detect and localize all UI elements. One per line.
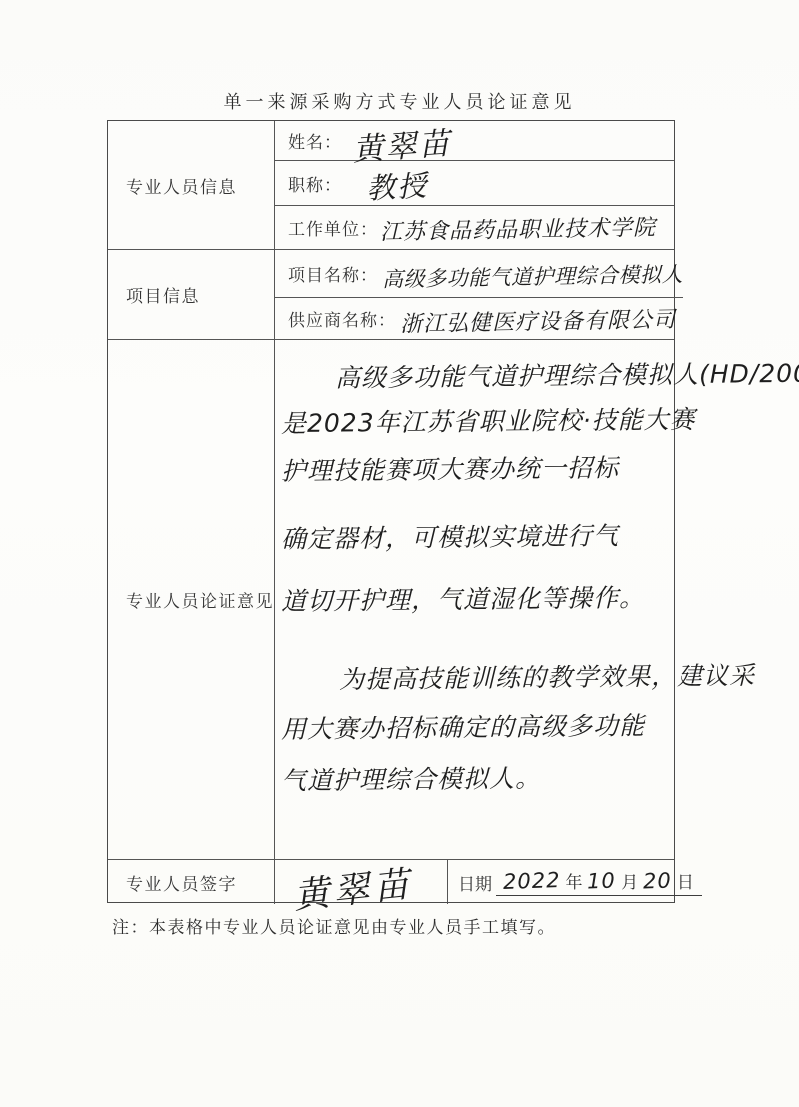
name-field-row: 姓名： 黄翠苗: [275, 121, 674, 160]
opinion-line: 用大赛办招标确定的高级多功能: [281, 706, 645, 746]
project-info-fields: 项目名称： 高级多功能气道护理综合模拟人 供应商名称： 浙江弘健医疗设备有限公司: [275, 250, 683, 339]
name-label: 姓名：: [288, 128, 342, 153]
opinion-line: 是2023年江苏省职业院校·技能大赛: [281, 400, 696, 440]
name-handwritten-value: 黄翠苗: [351, 118, 453, 170]
title-field-row: 职称： 教授: [275, 160, 674, 205]
signature-cell: 黄翠苗: [275, 860, 448, 904]
opinion-line: 道切开护理，气道湿化等操作。: [281, 578, 645, 618]
date-cell: 日期 2022 年 10 月 20 日: [448, 860, 702, 904]
date-year-handwritten: 2022: [503, 868, 561, 894]
opinion-line: 护理技能赛项大赛办统一招标: [281, 448, 619, 488]
project-info-section-label: 项目信息: [108, 250, 275, 339]
date-label: 日期: [458, 870, 492, 895]
opinion-line: 为提高技能训练的教学效果，建议采: [339, 656, 755, 696]
signature-section-label: 专业人员签字: [108, 860, 275, 904]
date-month-suffix: 月: [621, 868, 638, 893]
supplier-label: 供应商名称：: [288, 306, 396, 331]
personnel-info-fields: 姓名： 黄翠苗 职称： 教授 工作单位： 江苏食品药品职业技术学院: [275, 121, 674, 249]
supplier-handwritten-value: 浙江弘健医疗设备有限公司: [400, 303, 677, 339]
title-handwritten-value: 教授: [365, 163, 429, 207]
unit-field-row: 工作单位： 江苏食品药品职业技术学院: [275, 205, 674, 249]
unit-label: 工作单位：: [288, 215, 378, 240]
footnote: 注：本表格中专业人员论证意见由专业人员手工填写。: [112, 913, 556, 938]
opinion-line: 高级多功能气道护理综合模拟人(HD/2005): [335, 353, 799, 394]
date-value-group: 2022 年 10 月 20 日: [496, 868, 702, 896]
project-name-label: 项目名称：: [288, 261, 378, 286]
opinion-form-table: 专业人员信息 姓名： 黄翠苗 职称： 教授 工作单位： 江苏食品药品职业技术学院…: [107, 120, 675, 903]
unit-handwritten-value: 江苏食品药品职业技术学院: [380, 211, 657, 247]
personnel-info-section-label: 专业人员信息: [108, 121, 275, 249]
date-month-handwritten: 10: [587, 869, 617, 894]
project-name-field-row: 项目名称： 高级多功能气道护理综合模拟人: [275, 250, 683, 297]
project-info-section: 项目信息 项目名称： 高级多功能气道护理综合模拟人 供应商名称： 浙江弘健医疗设…: [108, 249, 674, 339]
date-day-handwritten: 20: [643, 869, 673, 894]
supplier-field-row: 供应商名称： 浙江弘健医疗设备有限公司: [275, 297, 683, 339]
title-label: 职称：: [288, 171, 342, 196]
opinion-section: 专业人员论证意见 高级多功能气道护理综合模拟人(HD/2005) 是2023年江…: [108, 339, 674, 859]
opinion-line: 确定器材，可模拟实境进行气: [281, 516, 619, 556]
date-year-suffix: 年: [565, 868, 582, 893]
date-day-suffix: 日: [677, 868, 694, 893]
signature-section: 专业人员签字 黄翠苗 日期 2022 年 10 月 20 日: [108, 859, 674, 904]
opinion-handwritten-text: 高级多功能气道护理综合模拟人(HD/2005) 是2023年江苏省职业院校·技能…: [275, 340, 674, 859]
project-name-handwritten-value: 高级多功能气道护理综合模拟人: [382, 258, 683, 293]
signature-handwritten-value: 黄翠苗: [291, 856, 416, 919]
opinion-section-label: 专业人员论证意见: [108, 340, 275, 859]
document-title: 单一来源采购方式专业人员论证意见: [0, 88, 799, 114]
personnel-info-section: 专业人员信息 姓名： 黄翠苗 职称： 教授 工作单位： 江苏食品药品职业技术学院: [108, 121, 674, 249]
opinion-line: 气道护理综合模拟人。: [281, 759, 541, 798]
scanned-document-page: 单一来源采购方式专业人员论证意见 专业人员信息 姓名： 黄翠苗 职称： 教授 工…: [0, 0, 799, 1107]
